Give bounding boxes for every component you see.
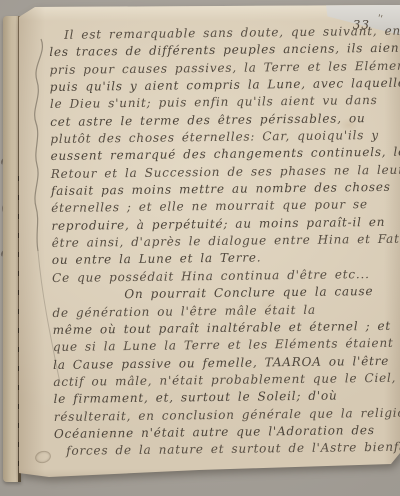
library-stamp [34, 449, 52, 465]
page-shadow-wrapper: 33 '' Il est remarquable sans doute, que… [0, 0, 400, 496]
manuscript-text: Il est remarquable sans doute, que suiva… [49, 23, 400, 461]
manuscript-page: 33 '' Il est remarquable sans doute, que… [19, 5, 400, 487]
manuscript-line: On pourrait Conclure que la cause [124, 283, 400, 304]
photo-background: 33 '' Il est remarquable sans doute, que… [0, 0, 400, 496]
manuscript-line: forces de la nature et surtout de l'Astr… [66, 439, 400, 460]
